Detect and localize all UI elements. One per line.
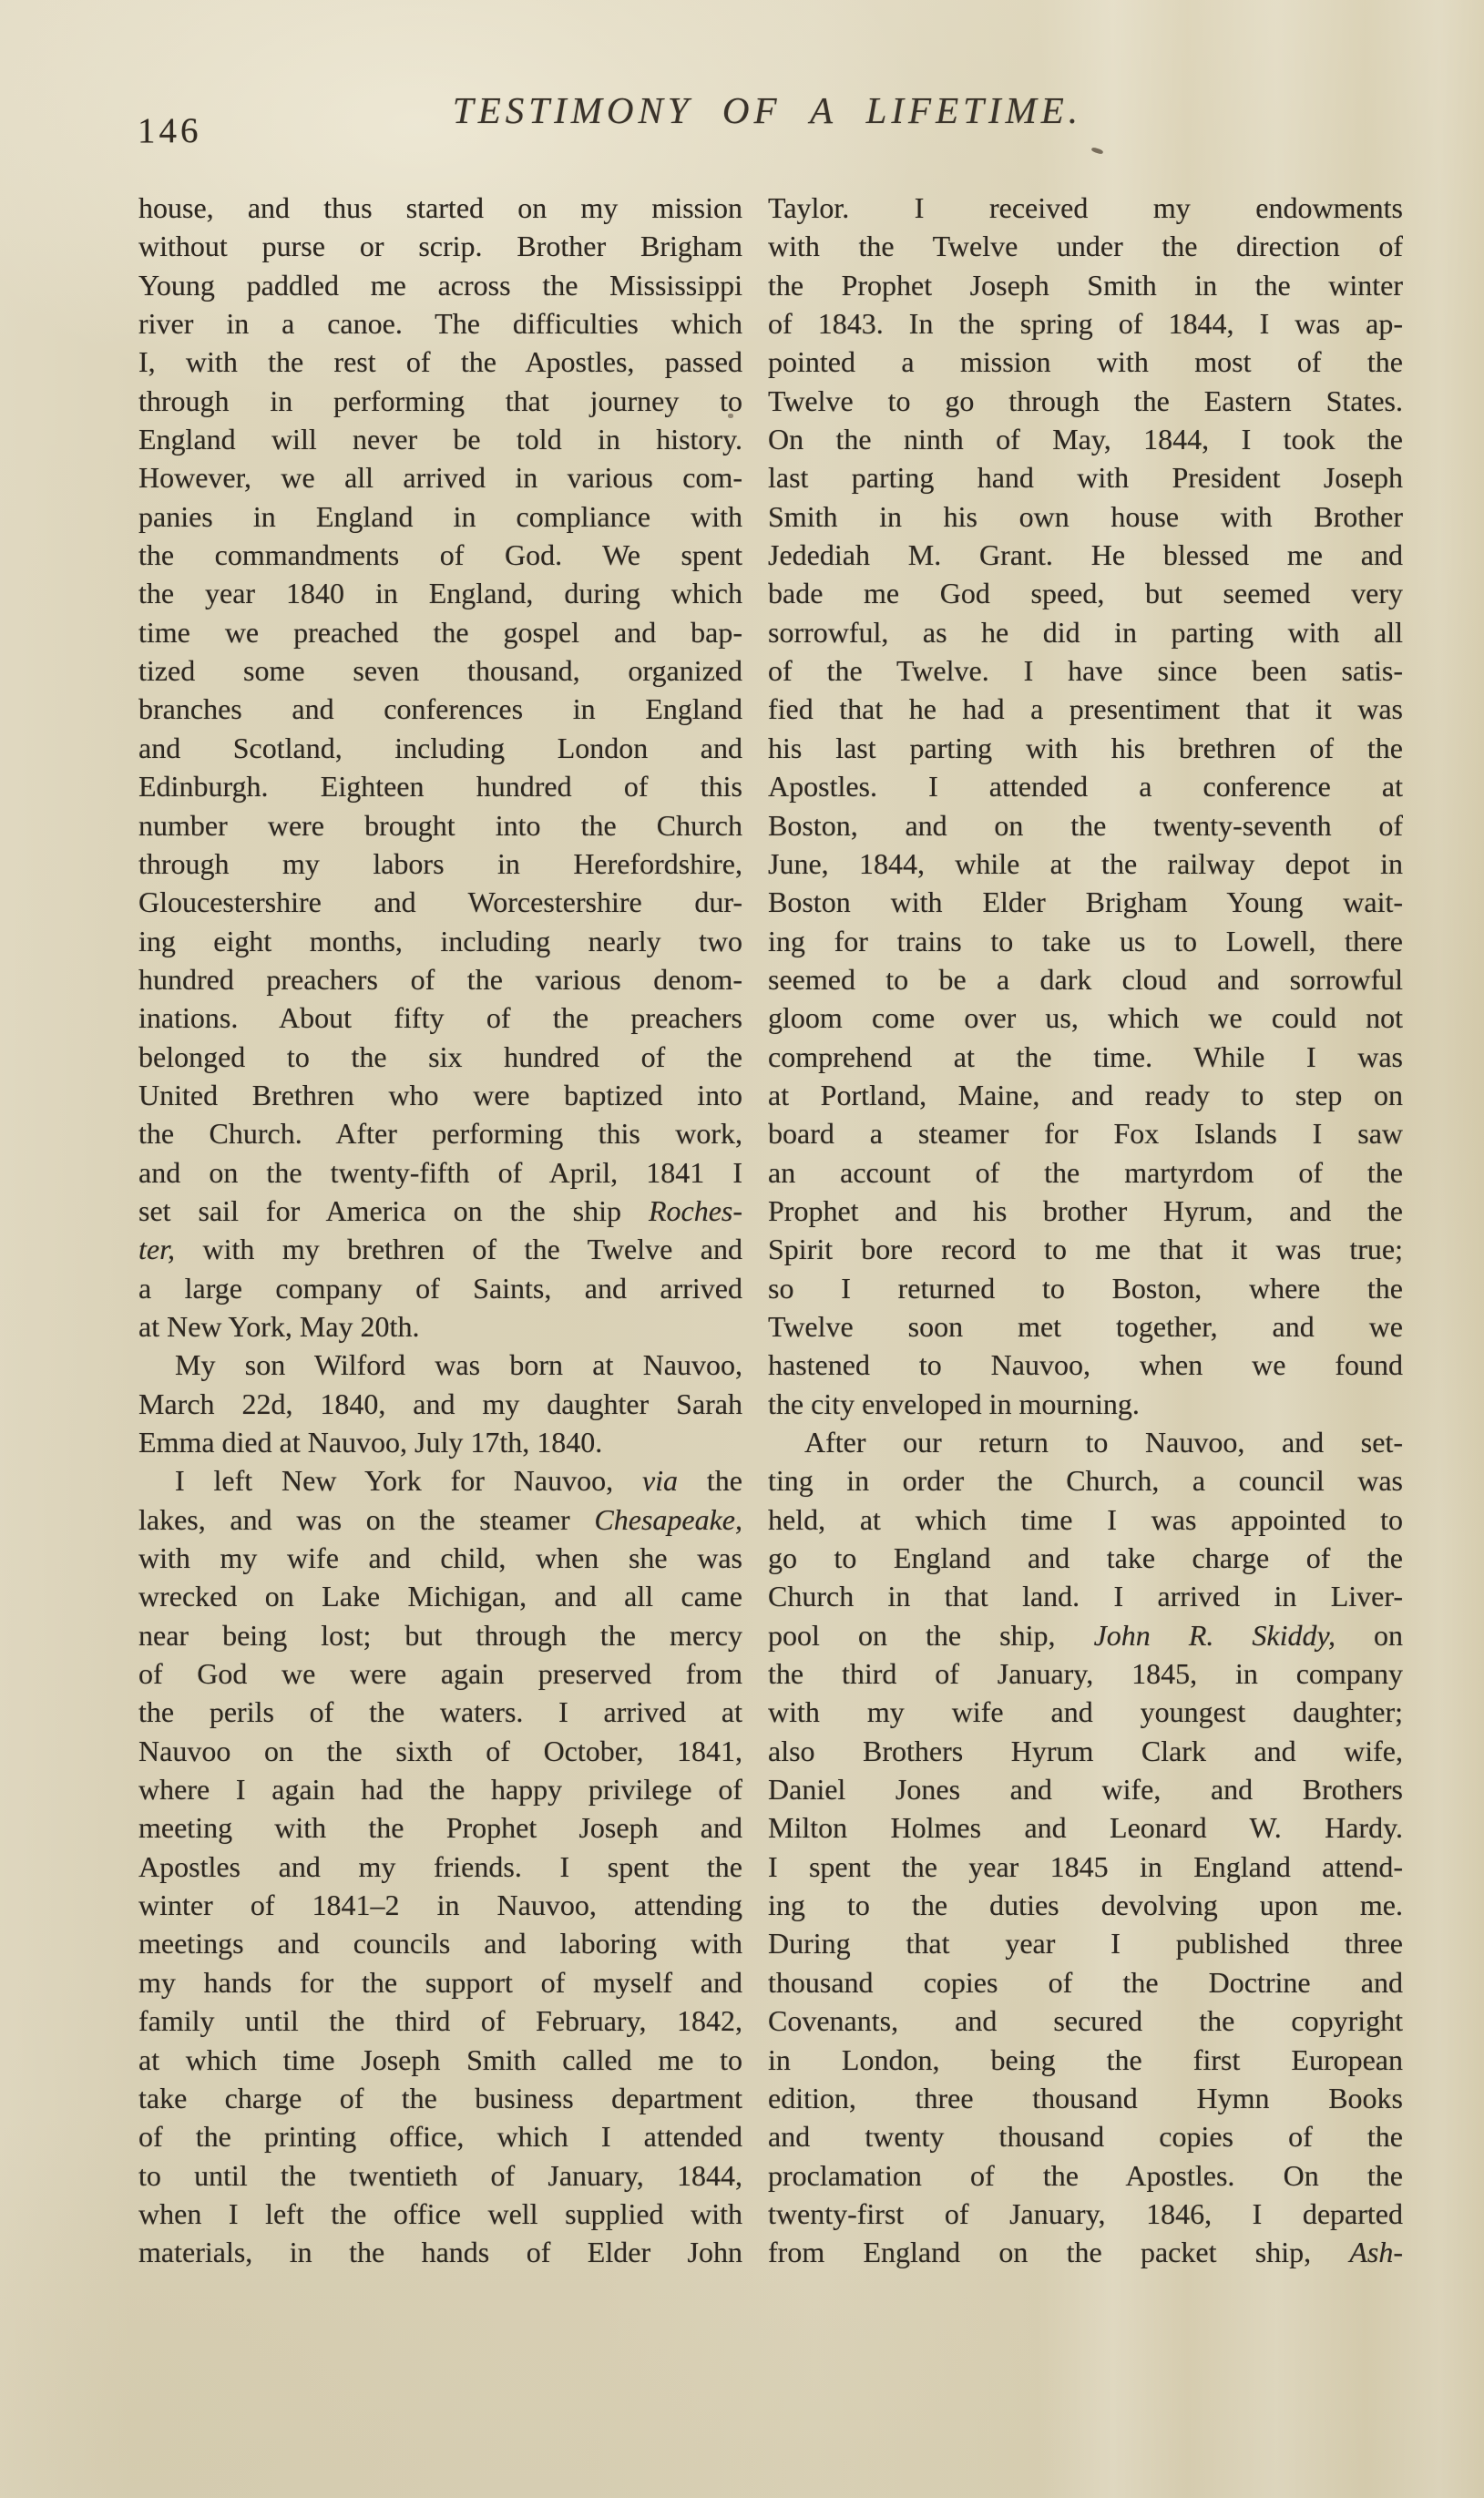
text-line: Jedediah M. Grant. He blessed me and (768, 536, 1403, 574)
text-line: fied that he had a presentiment that it … (768, 690, 1403, 728)
text-line: meetings and councils and laboring with (138, 1924, 742, 1962)
text-line: Milton Holmes and Leonard W. Hardy. (768, 1808, 1403, 1847)
text-line: comprehend at the time. While I was (768, 1038, 1403, 1076)
text-line: of the Twelve. I have since been satis- (768, 651, 1403, 690)
text-line: with my wife and child, when she was (138, 1539, 742, 1577)
text-line: lakes, and was on the steamer Chesapeake… (138, 1500, 742, 1539)
text-line: My son Wilford was born at Nauvoo, (138, 1346, 742, 1384)
text-line: at which time Joseph Smith called me to (138, 2041, 742, 2079)
text-line: pointed a mission with most of the (768, 343, 1403, 381)
text-line: Boston with Elder Brigham Young wait- (768, 883, 1403, 921)
text-line: edition, three thousand Hymn Books (768, 2079, 1403, 2117)
text-line: his last parting with his brethren of th… (768, 729, 1403, 767)
text-line: ter, with my brethren of the Twelve and (138, 1230, 742, 1268)
text-line: During that year I published three (768, 1924, 1403, 1962)
text-line: through my labors in Herefordshire, (138, 845, 742, 883)
ink-speck (1091, 147, 1104, 155)
text-line: March 22d, 1840, and my daughter Sarah (138, 1385, 742, 1423)
text-line: of God we were again preserved from (138, 1654, 742, 1693)
text-line: and Scotland, including London and (138, 729, 742, 767)
text-line: After our return to Nauvoo, and set- (768, 1423, 1403, 1461)
text-line: ing eight months, including nearly two (138, 922, 742, 960)
text-line: pool on the ship, John R. Skiddy, on (768, 1616, 1403, 1654)
text-line: Boston, and on the twenty-seventh of (768, 806, 1403, 845)
text-line: branches and conferences in England (138, 690, 742, 728)
text-line: the commandments of God. We spent (138, 536, 742, 574)
text-line: panies in England in compliance with (138, 497, 742, 536)
text-line: the third of January, 1845, in company (768, 1654, 1403, 1693)
text-line: sorrowful, as he did in parting with all (768, 613, 1403, 651)
text-line: of 1843. In the spring of 1844, I was ap… (768, 304, 1403, 343)
text-line: the city enveloped in mourning. (768, 1385, 1403, 1423)
text-line: an account of the martyrdom of the (768, 1153, 1403, 1192)
text-line: winter of 1841–2 in Nauvoo, attending (138, 1886, 742, 1924)
text-line: the year 1840 in England, during which (138, 574, 742, 612)
text-line: Gloucestershire and Worcestershire dur- (138, 883, 742, 921)
text-line: gloom come over us, which we could not (768, 998, 1403, 1037)
text-line: I, with the rest of the Apostles, passed (138, 343, 742, 381)
text-line: number were brought into the Church (138, 806, 742, 845)
text-line: and twenty thousand copies of the (768, 2117, 1403, 2155)
text-line: my hands for the support of myself and (138, 1963, 742, 2001)
text-line: hundred preachers of the various denom- (138, 960, 742, 998)
text-line: I left New York for Nauvoo, via the (138, 1461, 742, 1500)
text-line: Taylor. I received my endowments (768, 189, 1403, 227)
ink-speck (728, 414, 733, 418)
text-line: last parting hand with President Joseph (768, 458, 1403, 497)
text-line: with my wife and youngest daughter; (768, 1693, 1403, 1731)
text-line: Twelve to go through the Eastern States. (768, 382, 1403, 420)
text-line: Twelve soon met together, and we (768, 1307, 1403, 1346)
text-line: proclamation of the Apostles. On the (768, 2156, 1403, 2195)
text-line: time we preached the gospel and bap- (138, 613, 742, 651)
text-line: hastened to Nauvoo, when we found (768, 1346, 1403, 1384)
text-line: go to England and take charge of the (768, 1539, 1403, 1577)
text-line: Young paddled me across the Mississippi (138, 266, 742, 304)
book-page: 146 TESTIMONY OF A LIFETIME. house, and … (0, 0, 1484, 2498)
text-line: ing to the duties devolving upon me. (768, 1886, 1403, 1924)
text-line: when I left the office well supplied wit… (138, 2195, 742, 2233)
text-line: Prophet and his brother Hyrum, and the (768, 1192, 1403, 1230)
text-line: where I again had the happy privilege of (138, 1770, 742, 1808)
text-line: river in a canoe. The difficulties which (138, 304, 742, 343)
text-line: set sail for America on the ship Roches- (138, 1192, 742, 1230)
text-line: twenty-first of January, 1846, I departe… (768, 2195, 1403, 2233)
text-line: from England on the packet ship, Ash- (768, 2233, 1403, 2271)
text-line: Covenants, and secured the copyright (768, 2001, 1403, 2040)
text-line: tized some seven thousand, organized (138, 651, 742, 690)
text-line: and on the twenty-fifth of April, 1841 I (138, 1153, 742, 1192)
text-line: seemed to be a dark cloud and sorrowful (768, 960, 1403, 998)
text-line: without purse or scrip. Brother Brigham (138, 227, 742, 265)
text-line: belonged to the six hundred of the (138, 1038, 742, 1076)
text-line: Spirit bore record to me that it was tru… (768, 1230, 1403, 1268)
text-line: England will never be told in history. (138, 420, 742, 458)
text-line: ing for trains to take us to Lowell, the… (768, 922, 1403, 960)
text-line: Nauvoo on the sixth of October, 1841, (138, 1732, 742, 1770)
text-line: the Prophet Joseph Smith in the winter (768, 266, 1403, 304)
text-line: inations. About fifty of the preachers (138, 998, 742, 1037)
text-line: wrecked on Lake Michigan, and all came (138, 1577, 742, 1615)
running-title: TESTIMONY OF A LIFETIME. (51, 88, 1484, 132)
left-column: house, and thus started on my missionwit… (138, 189, 742, 2272)
right-column: Taylor. I received my endowmentswith the… (768, 189, 1403, 2272)
text-line: thousand copies of the Doctrine and (768, 1963, 1403, 2001)
text-line: a large company of Saints, and arrived (138, 1269, 742, 1307)
text-line: United Brethren who were baptized into (138, 1076, 742, 1114)
text-line: also Brothers Hyrum Clark and wife, (768, 1732, 1403, 1770)
text-line: at Portland, Maine, and ready to step on (768, 1076, 1403, 1114)
text-line: held, at which time I was appointed to (768, 1500, 1403, 1539)
text-line: meeting with the Prophet Joseph and (138, 1808, 742, 1847)
text-line: Smith in his own house with Brother (768, 497, 1403, 536)
text-line: of the printing office, which I attended (138, 2117, 742, 2155)
text-line: Edinburgh. Eighteen hundred of this (138, 767, 742, 805)
text-line: the perils of the waters. I arrived at (138, 1693, 742, 1731)
text-line: in London, being the first European (768, 2041, 1403, 2079)
text-line: take charge of the business department (138, 2079, 742, 2117)
text-line: Emma died at Nauvoo, July 17th, 1840. (138, 1423, 742, 1461)
text-line: Apostles and my friends. I spent the (138, 1848, 742, 1886)
text-line: bade me God speed, but seemed very (768, 574, 1403, 612)
text-line: the Church. After performing this work, (138, 1114, 742, 1152)
text-line: I spent the year 1845 in England attend- (768, 1848, 1403, 1886)
text-line: family until the third of February, 1842… (138, 2001, 742, 2040)
text-line: On the ninth of May, 1844, I took the (768, 420, 1403, 458)
text-line: with the Twelve under the direction of (768, 227, 1403, 265)
text-line: at New York, May 20th. (138, 1307, 742, 1346)
text-line: Apostles. I attended a conference at (768, 767, 1403, 805)
text-line: Daniel Jones and wife, and Brothers (768, 1770, 1403, 1808)
text-line: board a steamer for Fox Islands I saw (768, 1114, 1403, 1152)
text-line: However, we all arrived in various com- (138, 458, 742, 497)
text-line: house, and thus started on my mission (138, 189, 742, 227)
text-line: Church in that land. I arrived in Liver- (768, 1577, 1403, 1615)
text-line: through in performing that journey to (138, 382, 742, 420)
text-line: near being lost; but through the mercy (138, 1616, 742, 1654)
text-line: to until the twentieth of January, 1844, (138, 2156, 742, 2195)
text-line: ting in order the Church, a council was (768, 1461, 1403, 1500)
text-line: so I returned to Boston, where the (768, 1269, 1403, 1307)
text-line: materials, in the hands of Elder John (138, 2233, 742, 2271)
text-line: June, 1844, while at the railway depot i… (768, 845, 1403, 883)
